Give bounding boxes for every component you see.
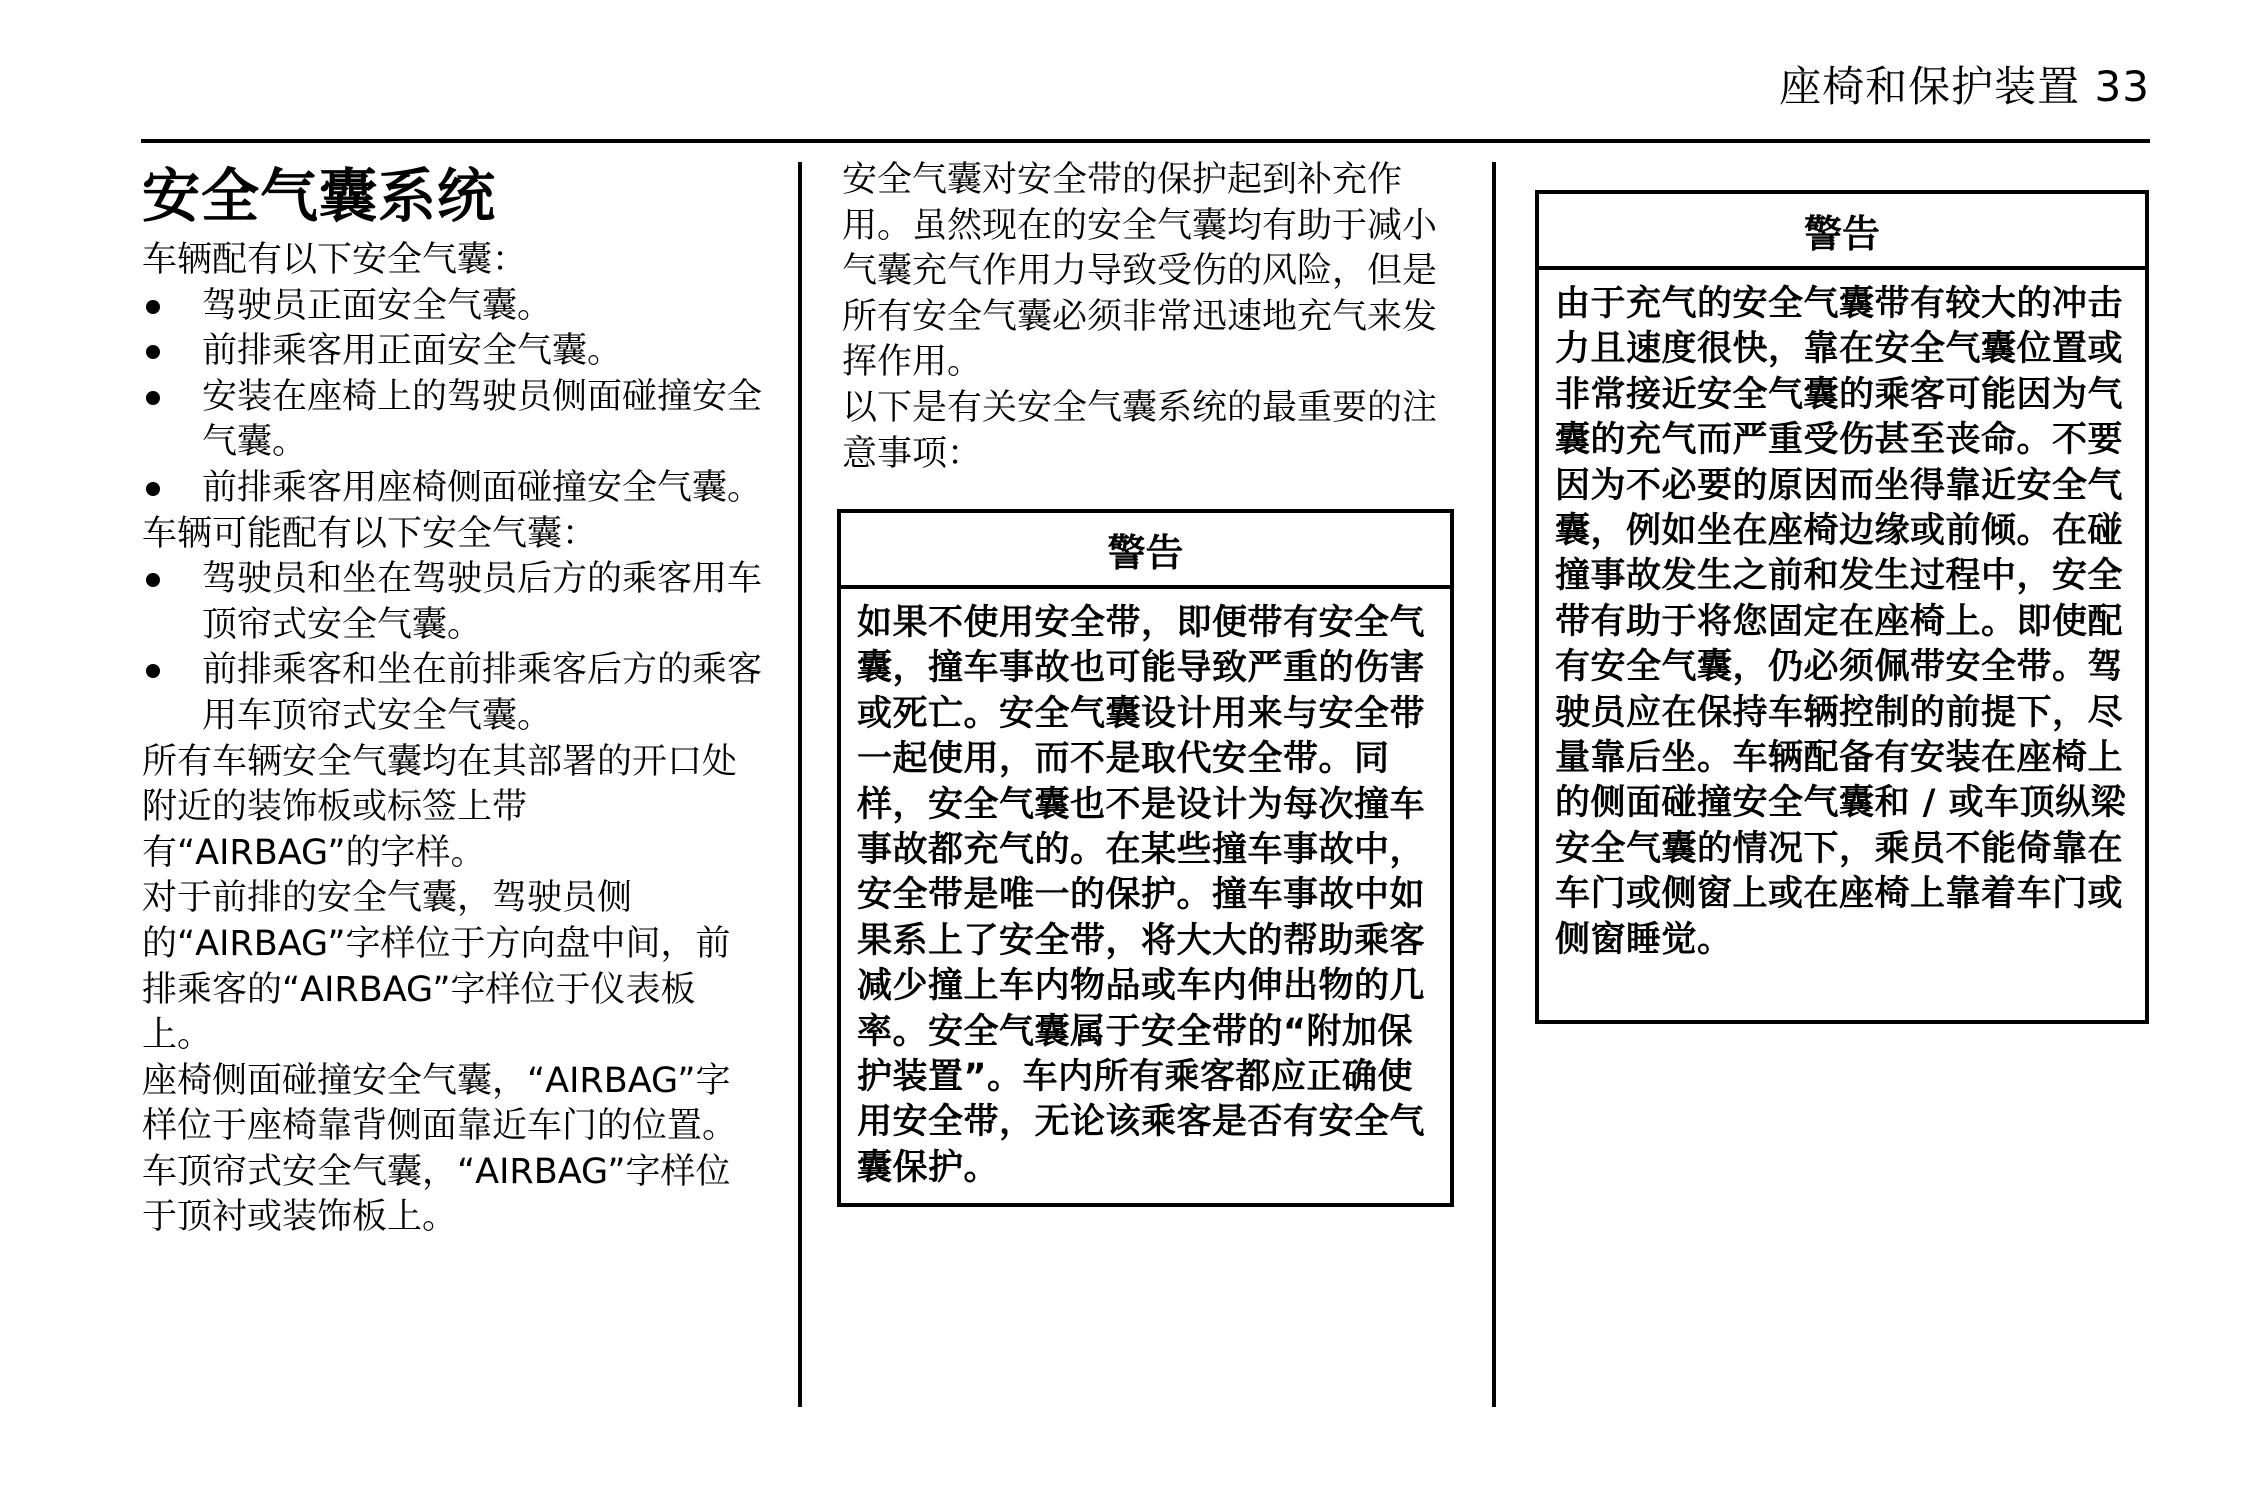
intro-standard: 车辆配有以下安全气囊：	[142, 238, 762, 284]
list-item: 安装在座椅上的驾驶员侧面碰撞安全气囊。	[142, 375, 762, 466]
list-item: 前排乘客和坐在前排乘客后方的乘客用车顶帘式安全气囊。	[142, 648, 762, 739]
bullet-icon	[146, 345, 160, 359]
warning-body: 如果不使用安全带，即便带有安全气囊，撞车事故也可能导致严重的伤害或死亡。安全气囊…	[841, 589, 1450, 1191]
bullet-icon	[146, 391, 160, 405]
warning-box-proximity: 警告 由于充气的安全气囊带有较大的冲击力且速度很快，靠在安全气囊位置或非常接近安…	[1535, 190, 2149, 1024]
header-rule	[141, 139, 2150, 143]
paragraph-side-airbags: 座椅侧面碰撞安全气囊，“AIRBAG”字样位于座椅靠背侧面靠近车门的位置。	[142, 1059, 762, 1150]
paragraph-label-locations: 所有车辆安全气囊均在其部署的开口处附近的装饰板或标签上带有“AIRBAG”的字样…	[142, 740, 762, 877]
page-number: 33	[2095, 62, 2150, 111]
column-left: 安全气囊系统 车辆配有以下安全气囊： 驾驶员正面安全气囊。 前排乘客用正面安全气…	[142, 158, 762, 1241]
paragraph-front-airbags: 对于前排的安全气囊，驾驶员侧的“AIRBAG”字样位于方向盘中间，前排乘客的“A…	[142, 876, 762, 1058]
paragraph-precautions-intro: 以下是有关安全气囊系统的最重要的注意事项：	[842, 386, 1452, 477]
page-title: 安全气囊系统	[142, 158, 762, 234]
column-middle: 安全气囊对安全带的保护起到补充作用。虽然现在的安全气囊均有助于减小气囊充气作用力…	[842, 158, 1452, 477]
list-item: 前排乘客用正面安全气囊。	[142, 329, 762, 375]
intro-optional: 车辆可能配有以下安全气囊：	[142, 512, 762, 558]
paragraph-supplemental: 安全气囊对安全带的保护起到补充作用。虽然现在的安全气囊均有助于减小气囊充气作用力…	[842, 158, 1452, 386]
optional-airbag-list: 驾驶员和坐在驾驶员后方的乘客用车顶帘式安全气囊。 前排乘客和坐在前排乘客后方的乘…	[142, 557, 762, 739]
paragraph-curtain-airbags: 车顶帘式安全气囊，“AIRBAG”字样位于顶衬或装饰板上。	[142, 1150, 762, 1241]
warning-title: 警告	[1539, 194, 2145, 270]
bullet-icon	[146, 664, 160, 678]
bullet-icon	[146, 482, 160, 496]
warning-title: 警告	[841, 513, 1450, 589]
column-divider-left	[798, 162, 802, 1407]
warning-body: 由于充气的安全气囊带有较大的冲击力且速度很快，靠在安全气囊位置或非常接近安全气囊…	[1539, 270, 2145, 963]
section-title: 座椅和保护装置	[1779, 62, 2080, 111]
bullet-icon	[146, 573, 160, 587]
list-item: 驾驶员正面安全气囊。	[142, 284, 762, 330]
column-divider-right	[1492, 162, 1496, 1407]
standard-airbag-list: 驾驶员正面安全气囊。 前排乘客用正面安全气囊。 安装在座椅上的驾驶员侧面碰撞安全…	[142, 284, 762, 512]
bullet-icon	[146, 300, 160, 314]
list-item: 前排乘客用座椅侧面碰撞安全气囊。	[142, 466, 762, 512]
warning-box-seatbelt: 警告 如果不使用安全带，即便带有安全气囊，撞车事故也可能导致严重的伤害或死亡。安…	[837, 509, 1454, 1207]
list-item: 驾驶员和坐在驾驶员后方的乘客用车顶帘式安全气囊。	[142, 557, 762, 648]
running-header: 座椅和保护装置 33	[1779, 62, 2150, 112]
